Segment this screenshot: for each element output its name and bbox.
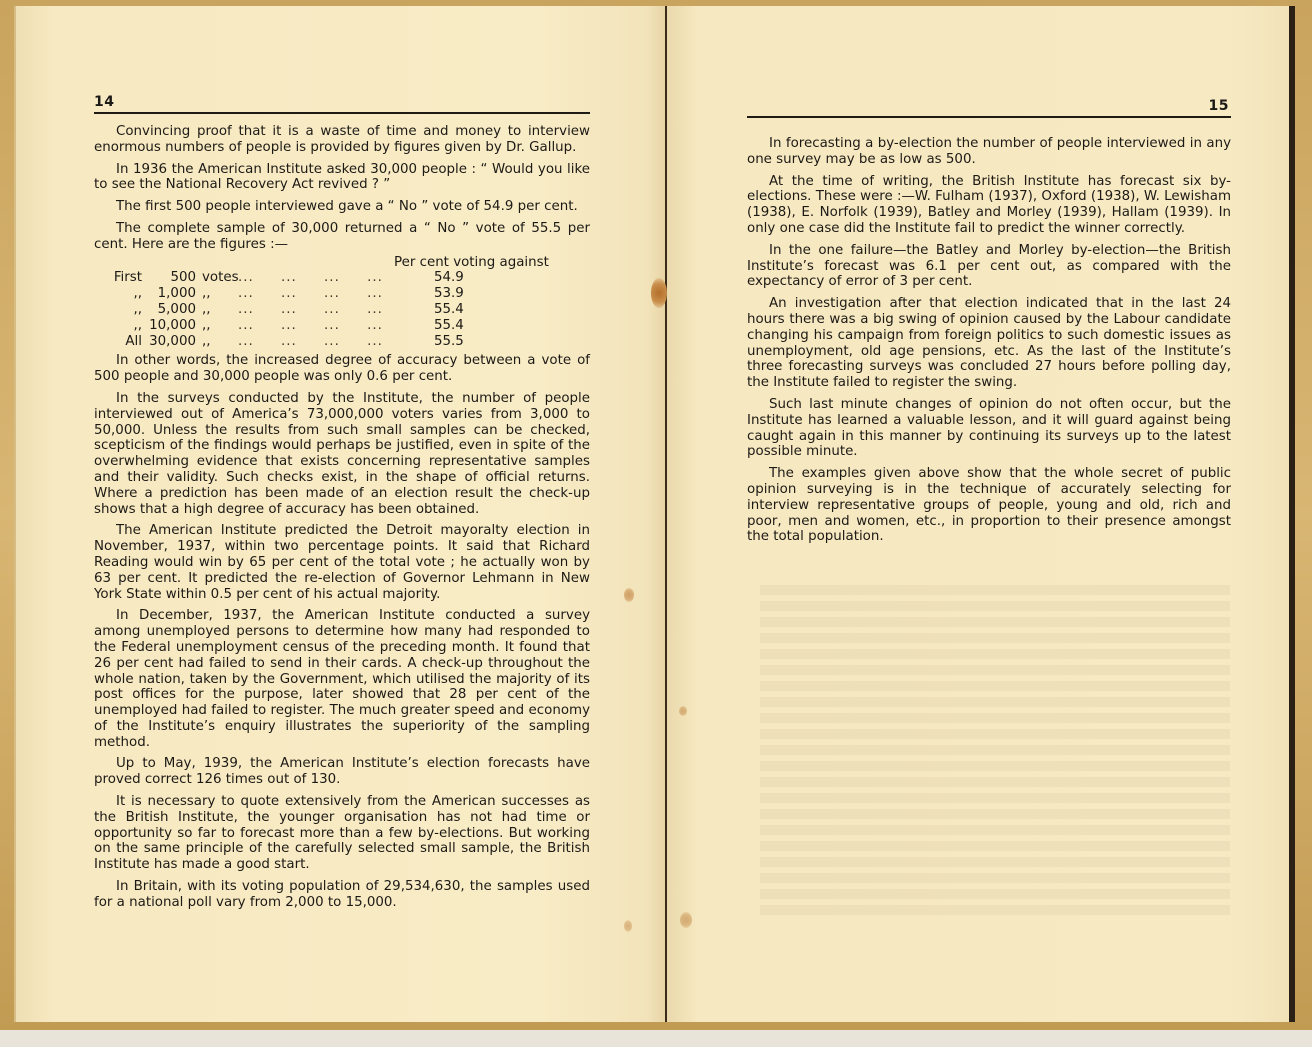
row-unit: ,, (196, 318, 238, 334)
paragraph: The first 500 people interviewed gave a … (94, 199, 590, 215)
voting-figures-table: Per cent voting against First 500 votes … (94, 255, 590, 350)
row-count: 1,000 (146, 286, 196, 302)
left-page: 14 Convincing proof that it is a waste o… (14, 6, 667, 1022)
leader-dots: ... ... ... ... (238, 302, 428, 318)
leader-dots: ... ... ... ... (238, 334, 428, 350)
paragraph: The examples given above show that the w… (747, 466, 1231, 545)
row-prefix: First (94, 270, 146, 286)
row-prefix: ,, (94, 318, 146, 334)
paragraph: In the one failure—the Batley and Morley… (747, 243, 1231, 290)
paragraph: It is necessary to quote extensively fro… (94, 794, 590, 873)
row-value: 55.5 (428, 334, 494, 350)
bleed-through-text (760, 585, 1230, 915)
book-gutter (665, 6, 667, 1022)
right-page: 15 In forecasting a by-election the numb… (667, 6, 1295, 1022)
foxing-spot (624, 588, 634, 602)
page-number-right: 15 (1209, 98, 1229, 114)
right-page-text: In forecasting a by-election the number … (747, 136, 1231, 551)
row-count: 30,000 (146, 334, 196, 350)
row-prefix: ,, (94, 302, 146, 318)
paragraph: At the time of writing, the British Inst… (747, 174, 1231, 237)
paragraph: In other words, the increased degree of … (94, 353, 590, 385)
right-page-header-rule: 15 (747, 94, 1231, 118)
paragraph: In forecasting a by-election the number … (747, 136, 1231, 168)
paragraph: In the surveys conducted by the Institut… (94, 391, 590, 517)
left-page-text: Convincing proof that it is a waste of t… (94, 124, 590, 917)
row-unit: ,, (196, 286, 238, 302)
leader-dots: ... ... ... ... (238, 318, 428, 334)
page-number-left: 14 (94, 94, 114, 110)
table-row: ,, 1,000 ,, ... ... ... ... 53.9 (94, 286, 590, 302)
row-unit: votes (196, 270, 238, 286)
row-value: 53.9 (428, 286, 494, 302)
paragraph: In December, 1937, the American Institut… (94, 608, 590, 750)
paragraph: The complete sample of 30,000 returned a… (94, 221, 590, 253)
leader-dots: ... ... ... ... (238, 270, 428, 286)
row-count: 5,000 (146, 302, 196, 318)
row-unit: ,, (196, 302, 238, 318)
table-row: ,, 5,000 ,, ... ... ... ... 55.4 (94, 302, 590, 318)
paragraph: Up to May, 1939, the American Institute’… (94, 756, 590, 788)
table-header: Per cent voting against (94, 255, 590, 271)
table-row: ,, 10,000 ,, ... ... ... ... 55.4 (94, 318, 590, 334)
row-prefix: ,, (94, 286, 146, 302)
paragraph: In 1936 the American Institute asked 30,… (94, 162, 590, 194)
foxing-spot (680, 912, 692, 928)
paragraph: The American Institute predicted the Det… (94, 523, 590, 602)
paragraph: In Britain, with its voting population o… (94, 879, 590, 911)
paragraph: An investigation after that election ind… (747, 296, 1231, 391)
paragraph: Such last minute changes of opinion do n… (747, 397, 1231, 460)
gutter-stain (651, 278, 667, 308)
row-value: 55.4 (428, 318, 494, 334)
foxing-spot (679, 706, 687, 716)
row-prefix: All (94, 334, 146, 350)
row-count: 10,000 (146, 318, 196, 334)
foxing-spot (624, 920, 632, 932)
row-value: 54.9 (428, 270, 494, 286)
paragraph: Convincing proof that it is a waste of t… (94, 124, 590, 156)
table-row: First 500 votes ... ... ... ... 54.9 (94, 270, 590, 286)
row-value: 55.4 (428, 302, 494, 318)
row-unit: ,, (196, 334, 238, 350)
table-row: All 30,000 ,, ... ... ... ... 55.5 (94, 334, 590, 350)
row-count: 500 (146, 270, 196, 286)
left-page-header-rule: 14 (94, 90, 590, 114)
leader-dots: ... ... ... ... (238, 286, 428, 302)
